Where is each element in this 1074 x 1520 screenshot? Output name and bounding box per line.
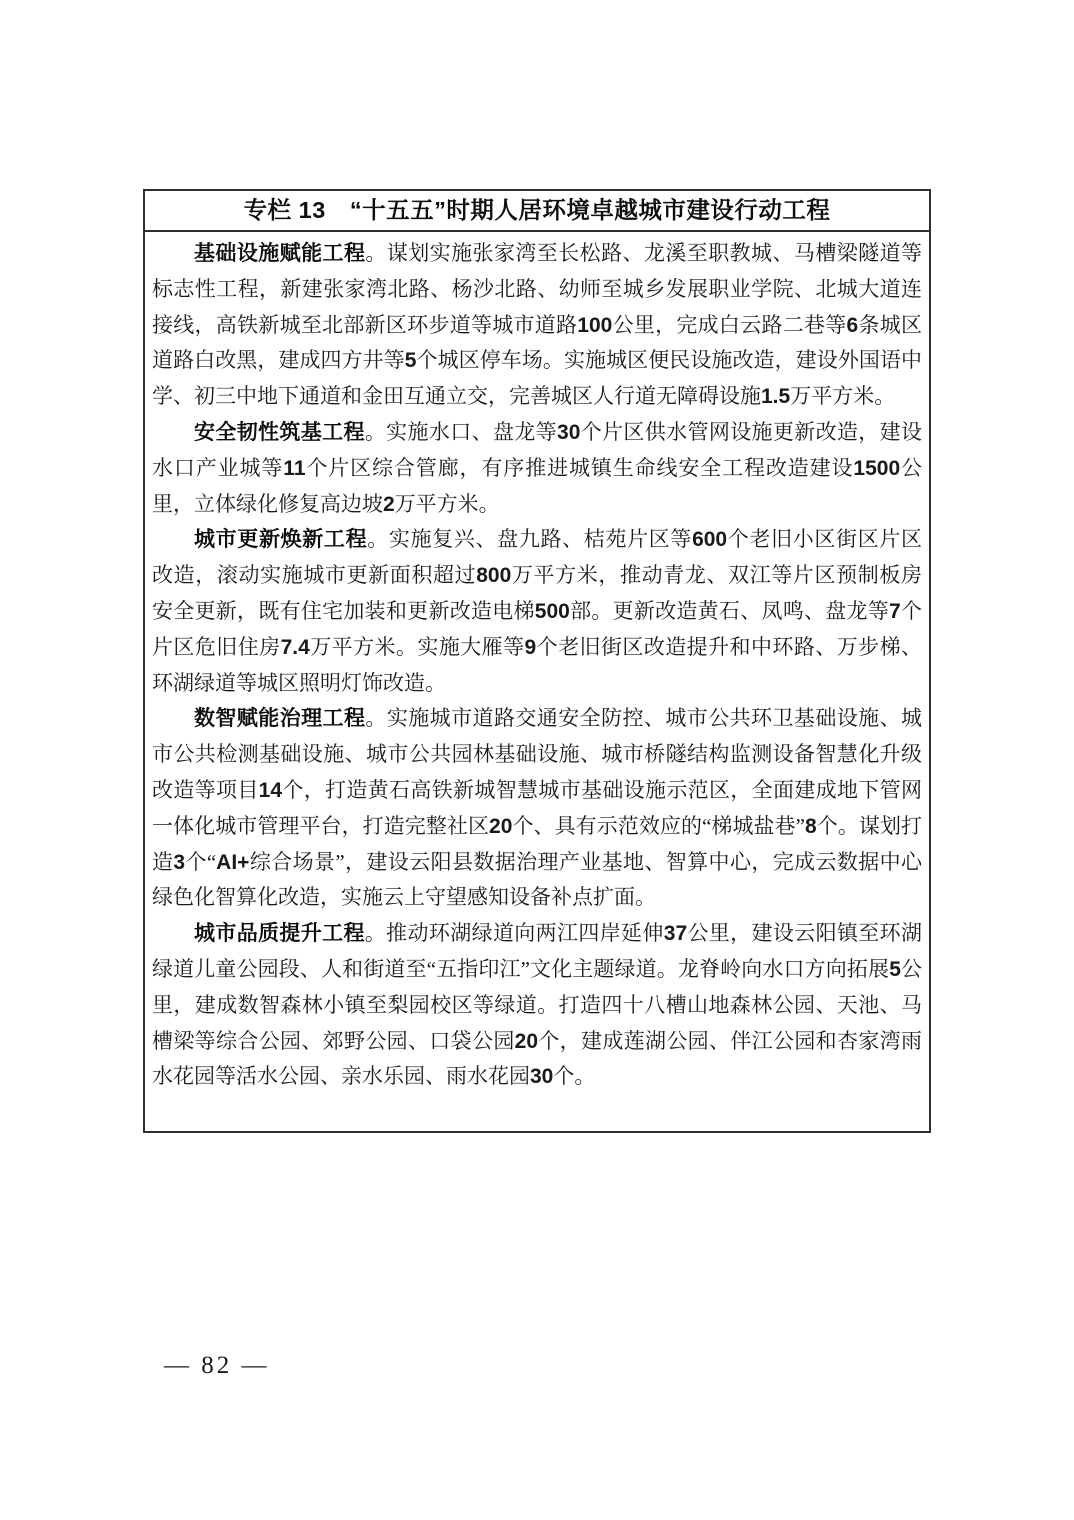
panel-title: 专栏 13 “十五五”时期人居环境卓越城市建设行动工程 <box>145 191 929 232</box>
panel-paragraph: 数智赋能治理工程。实施城市道路交通安全防控、城市公共环卫基础设施、城市公共检测基… <box>152 701 922 916</box>
paragraph-text: 。实施城市道路交通安全防控、城市公共环卫基础设施、城市公共检测基础设施、城市公共… <box>152 706 922 909</box>
page-number: — 82 — <box>164 1352 270 1380</box>
paragraph-lead: 基础设施赋能工程 <box>194 241 365 265</box>
panel-paragraph: 城市更新焕新工程。实施复兴、盘九路、桔苑片区等600个老旧小区街区片区改造，滚动… <box>152 522 922 701</box>
paragraph-lead: 城市更新焕新工程 <box>194 527 367 551</box>
paragraph-text: 。谋划实施张家湾至长松路、龙溪至职教城、马槽梁隧道等标志性工程，新建张家湾北路、… <box>152 241 922 408</box>
panel-paragraph: 基础设施赋能工程。谋划实施张家湾至长松路、龙溪至职教城、马槽梁隧道等标志性工程，… <box>152 236 922 415</box>
document-page: 专栏 13 “十五五”时期人居环境卓越城市建设行动工程 基础设施赋能工程。谋划实… <box>0 0 1074 1520</box>
panel-paragraph: 安全韧性筑基工程。实施水口、盘龙等30个片区供水管网设施更新改造，建设水口产业城… <box>152 415 922 522</box>
paragraph-lead: 城市品质提升工程 <box>194 921 365 945</box>
panel-paragraph: 城市品质提升工程。推动环湖绿道向两江四岸延伸37公里，建设云阳镇至环湖绿道儿童公… <box>152 916 922 1095</box>
paragraph-text: 。推动环湖绿道向两江四岸延伸37公里，建设云阳镇至环湖绿道儿童公园段、人和街道至… <box>152 921 922 1088</box>
paragraph-lead: 数智赋能治理工程 <box>194 706 365 730</box>
panel-body: 基础设施赋能工程。谋划实施张家湾至长松路、龙溪至职教城、马槽梁隧道等标志性工程，… <box>145 232 929 1095</box>
paragraph-lead: 安全韧性筑基工程 <box>194 420 365 444</box>
paragraph-text: 。实施复兴、盘九路、桔苑片区等600个老旧小区街区片区改造，滚动实施城市更新面积… <box>152 527 922 694</box>
project-panel: 专栏 13 “十五五”时期人居环境卓越城市建设行动工程 基础设施赋能工程。谋划实… <box>143 189 931 1133</box>
